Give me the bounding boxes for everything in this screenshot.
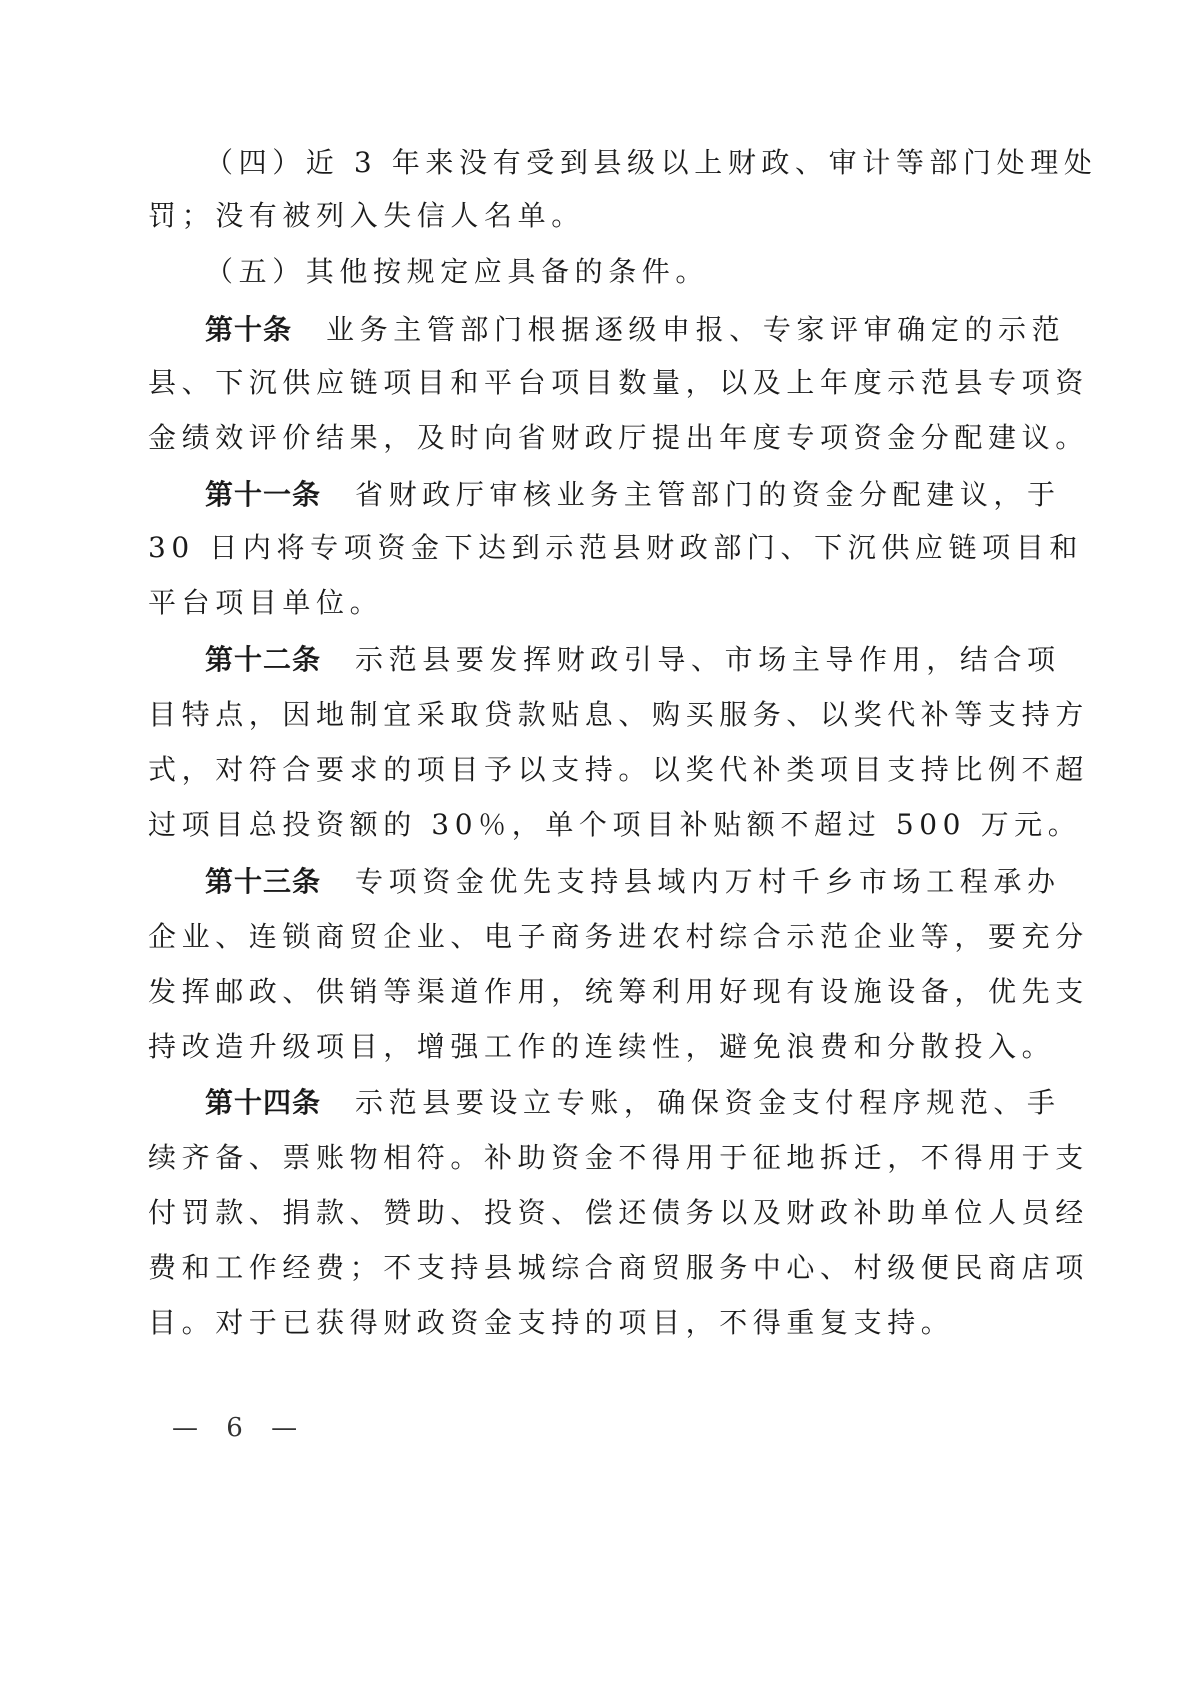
- article-12-line-2: 目特点，因地制宜采取贷款贴息、购买服务、以奖代补等支持方: [148, 695, 978, 735]
- article-12-heading: 第十二条: [205, 643, 321, 676]
- article-14-text-1: 示范县要设立专账，确保资金支付程序规范、手: [355, 1086, 1061, 1119]
- article-11-line-2: 30 日内将专项资金下达到示范县财政部门、下沉供应链项目和: [148, 528, 978, 568]
- item-4-line-2: 罚；没有被列入失信人名单。: [148, 196, 978, 236]
- article-14-line-4: 费和工作经费；不支持县城综合商贸服务中心、村级便民商店项: [148, 1248, 978, 1288]
- article-12-text-1: 示范县要发挥财政引导、市场主导作用，结合项: [355, 643, 1061, 676]
- article-13-heading: 第十三条: [205, 865, 321, 898]
- article-13-line-1: 第十三条专项资金优先支持县域内万村千乡市场工程承办: [205, 862, 978, 902]
- article-11-line-3: 平台项目单位。: [148, 583, 978, 623]
- article-11-line-1: 第十一条省财政厅审核业务主管部门的资金分配建议，于: [205, 475, 978, 515]
- document-page: （四）近 3 年来没有受到县级以上财政、审计等部门处理处 罚；没有被列入失信人名…: [0, 0, 1190, 1682]
- article-11-heading: 第十一条: [205, 478, 321, 511]
- article-13-line-3: 发挥邮政、供销等渠道作用，统筹利用好现有设施设备，优先支: [148, 972, 978, 1012]
- article-10-heading: 第十条: [205, 313, 292, 346]
- article-12-line-3: 式，对符合要求的项目予以支持。以奖代补类项目支持比例不超: [148, 750, 978, 790]
- article-14-line-5: 目。对于已获得财政资金支持的项目，不得重复支持。: [148, 1303, 978, 1343]
- article-13-text-1: 专项资金优先支持县域内万村千乡市场工程承办: [355, 865, 1061, 898]
- article-14-line-2: 续齐备、票账物相符。补助资金不得用于征地拆迁，不得用于支: [148, 1138, 978, 1178]
- article-12-line-4: 过项目总投资额的 30％，单个项目补贴额不超过 500 万元。: [148, 805, 978, 845]
- article-14-heading: 第十四条: [205, 1086, 321, 1119]
- article-12-line-1: 第十二条示范县要发挥财政引导、市场主导作用，结合项: [205, 640, 978, 680]
- article-14-line-1: 第十四条示范县要设立专账，确保资金支付程序规范、手: [205, 1083, 978, 1123]
- article-13-line-4: 持改造升级项目，增强工作的连续性，避免浪费和分散投入。: [148, 1027, 978, 1067]
- article-10-text-1: 业务主管部门根据逐级申报、专家评审确定的示范: [326, 313, 1065, 346]
- item-5-line-1: （五）其他按规定应具备的条件。: [205, 252, 978, 292]
- article-10-line-1: 第十条业务主管部门根据逐级申报、专家评审确定的示范: [205, 310, 978, 350]
- page-number: — 6 —: [172, 1410, 307, 1446]
- article-13-line-2: 企业、连锁商贸企业、电子商务进农村综合示范企业等，要充分: [148, 917, 978, 957]
- article-10-line-3: 金绩效评价结果，及时向省财政厅提出年度专项资金分配建议。: [148, 418, 978, 458]
- article-14-line-3: 付罚款、捐款、赞助、投资、偿还债务以及财政补助单位人员经: [148, 1193, 978, 1233]
- item-4-line-1: （四）近 3 年来没有受到县级以上财政、审计等部门处理处: [205, 143, 978, 183]
- article-11-text-1: 省财政厅审核业务主管部门的资金分配建议，于: [355, 478, 1061, 511]
- article-10-line-2: 县、下沉供应链项目和平台项目数量，以及上年度示范县专项资: [148, 363, 978, 403]
